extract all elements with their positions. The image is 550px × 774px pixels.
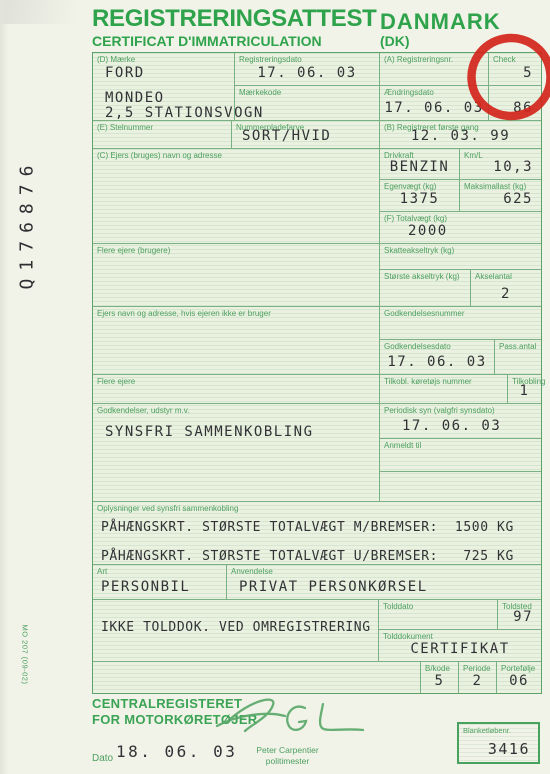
field-tolddokument: Tolddokument CERTIFIKAT [378, 629, 541, 661]
tilkobl-koeretoejs-nummer-label: Tilkobl. køretøjs nummer [384, 377, 472, 386]
field-tilkobling: Tilkobling 1 [507, 374, 541, 403]
field-km-l: Km/L 10,3 [459, 148, 541, 179]
field-godkendelsesdato: Godkendelsesdato 17. 06. 03 [379, 339, 494, 374]
signature-title: politimester [205, 756, 370, 767]
godkendelser-udstyr-value: SYNSFRI SAMMENKOBLING [105, 424, 314, 440]
art-value: PERSONBIL [101, 579, 222, 595]
vertical-serial-number: Q176876 [17, 149, 38, 299]
field-registreringsdato: Registreringsdato 17. 06. 03 [234, 53, 379, 85]
tolddokument-label: Tolddokument [383, 632, 433, 641]
portefoelje-value: 06 [501, 673, 537, 689]
ejers-navn-label: (C) Ejers (bruges) navn og adresse [97, 151, 222, 160]
oplysninger-label: Oplysninger ved synsfri sammenkobling [97, 504, 238, 513]
signature-block: Peter Carpentier politimester [205, 692, 370, 767]
field-toldsted: Toldsted 97 [497, 599, 541, 629]
field-maerkekode: Mærkekode [234, 85, 379, 120]
registreringsdato-label: Registreringsdato [239, 55, 302, 64]
field-stoerste-akseltryk: Største akseltryk (kg) [379, 269, 470, 306]
registreringsdato-value: 17. 06. 03 [239, 65, 375, 81]
akselantal-label: Akselantal [475, 272, 512, 281]
field-registreringsnr: (A) Registreringsnr. [379, 53, 488, 85]
maerkekode-label: Mærkekode [239, 88, 281, 97]
field-anvendelse: Anvendelse PRIVAT PERSONKØRSEL [226, 564, 541, 599]
tilkobling-value: 1 [512, 383, 537, 399]
field-periode: Periode 2 [458, 661, 496, 693]
field-anmeldt-til: Anmeldt til [379, 438, 541, 471]
check-label: Check [493, 55, 516, 64]
field-stelnummer: (E) Stelnummer [93, 120, 231, 148]
maksimallast-value: 625 [464, 191, 537, 207]
portefoelje-label: Portefølje [501, 664, 535, 673]
periode-label: Periode [463, 664, 491, 673]
blanket-value: 3416 [463, 740, 534, 758]
blanket-label: Blanketløbenr. [463, 726, 511, 735]
field-oplysninger: Oplysninger ved synsfri sammenkobling PÅ… [93, 501, 541, 564]
registreret-foerste-gang-value: 12. 03. 99 [384, 128, 537, 144]
field-maksimallast: Maksimallast (kg) 625 [459, 179, 541, 211]
drivkraft-value: BENZIN [384, 159, 455, 175]
oplysninger-line-1: PÅHÆNGSKRT. STØRSTE TOTALVÆGT M/BREMSER:… [101, 520, 514, 535]
field-art: Art PERSONBIL [93, 564, 226, 599]
toldsted-value: 97 [502, 609, 537, 625]
field-egenvaegt: Egenvægt (kg) 1375 [379, 179, 459, 211]
field-ejers-navn-ikke-bruger: Ejers navn og adresse, hvis ejeren ikke … [93, 306, 379, 374]
periode-value: 2 [463, 673, 492, 689]
aendringsdato-label: Ændringsdato [384, 88, 434, 97]
field-totalvaegt: (F) Totalvægt (kg) 2000 [379, 211, 541, 243]
skatteakseltryk-label: Skatteakseltryk (kg) [384, 246, 454, 255]
maerke-value-model: MONDEO [105, 90, 165, 106]
periodisk-syn-value: 17. 06. 03 [402, 418, 537, 434]
anmeldt-til-label: Anmeldt til [384, 441, 421, 450]
field-akselantal: Akselantal 2 [470, 269, 541, 306]
field-b-kode: B/kode 5 [420, 661, 458, 693]
totalvaegt-label: (F) Totalvægt (kg) [384, 214, 447, 223]
km-l-value: 10,3 [464, 159, 537, 175]
flere-ejere-label: Flere ejere [97, 377, 135, 386]
aendringskode-value: 86 [493, 100, 537, 116]
ejers-navn-ikke-bruger-label: Ejers navn og adresse, hvis ejeren ikke … [97, 309, 271, 318]
field-check: Check 5 [488, 53, 541, 85]
field-registreret-foerste-gang: (B) Registreret første gang 12. 03. 99 [379, 120, 541, 148]
egenvaegt-label: Egenvægt (kg) [384, 182, 436, 191]
blanket-number-box: Blanketløbenr. 3416 [457, 722, 540, 764]
art-label: Art [97, 567, 107, 576]
egenvaegt-value: 1375 [384, 191, 455, 207]
vertical-form-code: MO 207 (09-02) [21, 610, 30, 700]
field-aendringskode: 86 [488, 85, 541, 120]
field-portefoelje: Portefølje 06 [496, 661, 541, 693]
maksimallast-label: Maksimallast (kg) [464, 182, 526, 191]
anvendelse-label: Anvendelse [231, 567, 273, 576]
godkendelsesdato-label: Godkendelsesdato [384, 342, 451, 351]
field-tilkobl-koeretoejs-nummer: Tilkobl. køretøjs nummer [379, 374, 507, 403]
document-subtitle: CERTIFICAT D'IMMATRICULATION [92, 33, 322, 49]
field-godkendelser-udstyr: Godkendelser, udstyr m.v. SYNSFRI SAMMEN… [93, 403, 379, 501]
field-told-note: IKKE TOLDDOK. VED OMREGISTRERING [93, 599, 378, 661]
field-ejers-navn: (C) Ejers (bruges) navn og adresse [93, 148, 379, 243]
signature-icon [205, 692, 370, 740]
stelnummer-label: (E) Stelnummer [97, 123, 153, 132]
godkendelsesnummer-label: Godkendelsesnummer [384, 309, 464, 318]
country-name: DANMARK [380, 9, 501, 35]
aendringsdato-value: 17. 06. 03 [384, 100, 484, 116]
paper-edge-shadow [0, 0, 9, 774]
akselantal-value: 2 [475, 286, 537, 302]
anvendelse-value: PRIVAT PERSONKØRSEL [239, 579, 537, 595]
check-value: 5 [493, 65, 537, 81]
b-kode-value: 5 [425, 673, 454, 689]
field-empty-right [379, 471, 541, 501]
field-godkendelsesnummer: Godkendelsesnummer [379, 306, 541, 339]
country-code: (DK) [380, 33, 410, 49]
field-empty-bottom [93, 661, 420, 693]
tolddato-label: Tolddato [383, 602, 413, 611]
b-kode-label: B/kode [425, 664, 450, 673]
dato-label: Dato [92, 753, 113, 764]
signature-name: Peter Carpentier [205, 745, 370, 756]
field-skatteakseltryk: Skatteakseltryk (kg) [379, 243, 541, 269]
field-nummerpladefarve: Nummerpladefarve SORT/HVID [231, 120, 379, 148]
field-tolddato: Tolddato [378, 599, 497, 629]
field-periodisk-syn: Periodisk syn (valgfri synsdato) 17. 06.… [379, 403, 541, 438]
document-title: REGISTRERINGSATTEST [92, 5, 377, 33]
told-note-value: IKKE TOLDDOK. VED OMREGISTRERING [101, 620, 371, 635]
certificate-table: (D) Mærke FORD MONDEO 2,5 STATIONSVOGN R… [92, 52, 542, 694]
maerke-label: (D) Mærke [97, 55, 135, 64]
field-pass-antal: Pass.antal [494, 339, 541, 374]
nummerpladefarve-value: SORT/HVID [242, 128, 375, 144]
periodisk-syn-label: Periodisk syn (valgfri synsdato) [384, 406, 495, 415]
field-flere-ejere-brugere: Flere ejere (brugere) [93, 243, 379, 306]
registreringsnr-label: (A) Registreringsnr. [384, 55, 453, 64]
totalvaegt-value: 2000 [408, 223, 537, 239]
stoerste-akseltryk-label: Største akseltryk (kg) [384, 272, 460, 281]
pass-antal-label: Pass.antal [499, 342, 536, 351]
registration-certificate-page: { "header": { "title": "REGISTRERINGSATT… [0, 0, 550, 774]
godkendelsesdato-value: 17. 06. 03 [384, 354, 490, 370]
field-maerke: (D) Mærke FORD MONDEO 2,5 STATIONSVOGN [93, 53, 234, 120]
paper-corner-shadow [0, 0, 95, 24]
godkendelser-udstyr-label: Godkendelser, udstyr m.v. [97, 406, 189, 415]
maerke-value-brand: FORD [105, 65, 145, 81]
oplysninger-line-2: PÅHÆNGSKRT. STØRSTE TOTALVÆGT U/BREMSER:… [101, 549, 514, 564]
flere-ejere-brugere-label: Flere ejere (brugere) [97, 246, 170, 255]
field-drivkraft: Drivkraft BENZIN [379, 148, 459, 179]
field-flere-ejere: Flere ejere [93, 374, 379, 403]
tolddokument-value: CERTIFIKAT [383, 641, 537, 657]
field-aendringsdato: Ændringsdato 17. 06. 03 [379, 85, 488, 120]
